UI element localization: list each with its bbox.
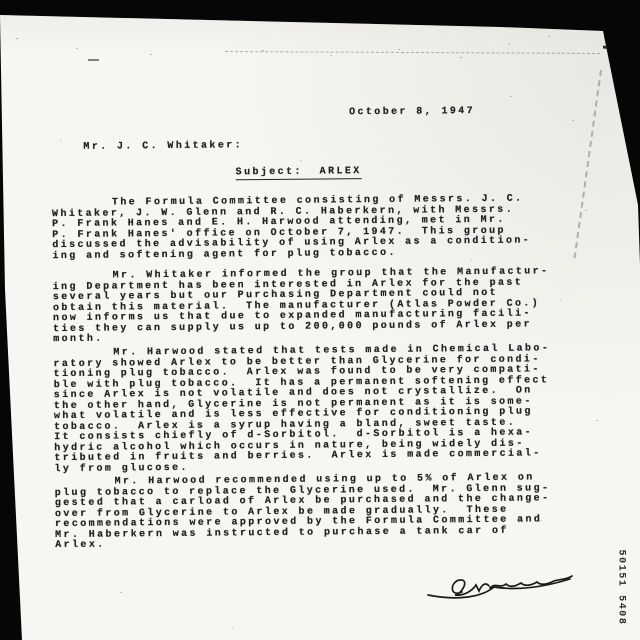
recipient-line: Mr. J. C. Whitaker: bbox=[83, 140, 243, 153]
subject-line: Subject: ARLEX bbox=[236, 166, 362, 178]
subject-underlined-text: Subject: ARLEX bbox=[236, 166, 362, 180]
body-paragraph-4: Mr. Harwood recommended using up to 5% o… bbox=[55, 473, 582, 552]
letter-content: October 8, 1947 Mr. J. C. Whitaker: Subj… bbox=[0, 0, 640, 640]
body-paragraph-1: The Formula Committee consisting of Mess… bbox=[52, 194, 579, 262]
date-line: October 8, 1947 bbox=[349, 106, 475, 118]
scan-noise-speckles bbox=[0, 0, 2, 1]
body-paragraph-2: Mr. Whitaker informed the group that the… bbox=[53, 267, 580, 346]
bates-number: 50151 5408 bbox=[614, 550, 627, 640]
scanner-background: October 8, 1947 Mr. J. C. Whitaker: Subj… bbox=[0, 0, 640, 640]
document-page: October 8, 1947 Mr. J. C. Whitaker: Subj… bbox=[0, 0, 640, 640]
signature-scrawl bbox=[424, 571, 582, 605]
body-paragraph-3: Mr. Harwood stated that tests made in Ch… bbox=[53, 344, 580, 475]
